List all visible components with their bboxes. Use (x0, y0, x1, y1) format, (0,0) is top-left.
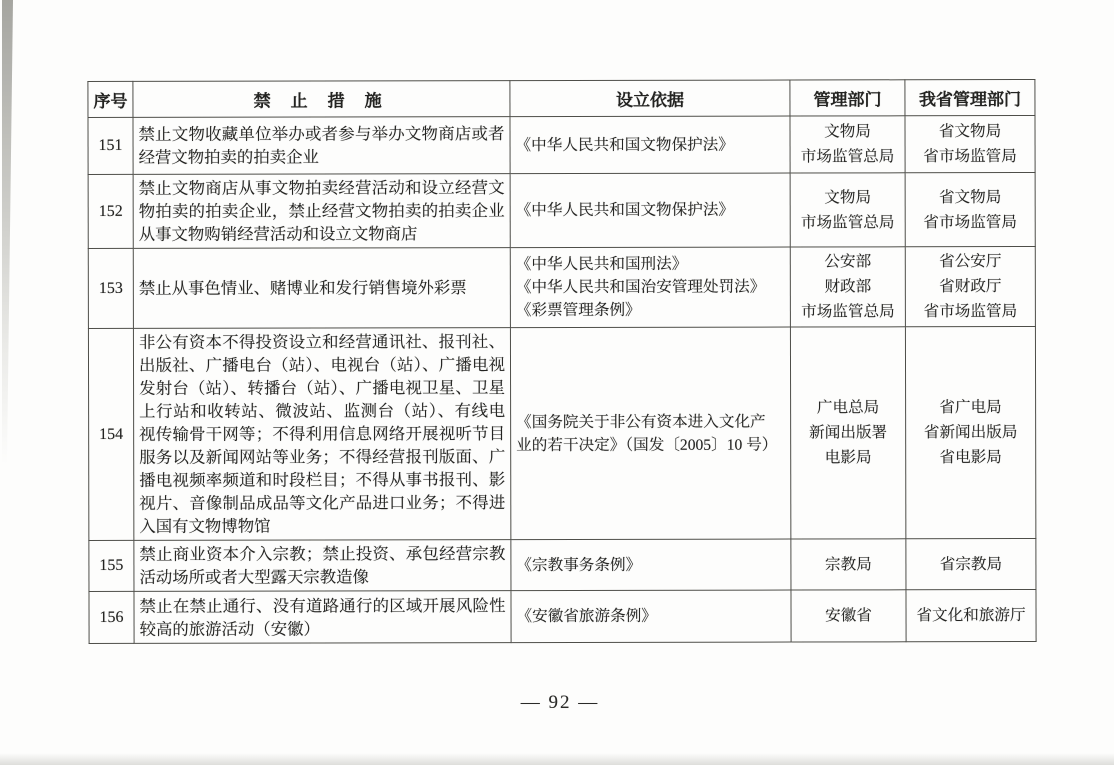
scan-bottom-shadow (0, 753, 1114, 765)
measure-cell: 禁止商业资本介入宗教；禁止投资、承包经营宗教活动场所或者大型露天宗教造像 (134, 540, 511, 592)
measure-cell: 禁止文物商店从事文物拍卖经营活动和设立经营文物拍卖的拍卖企业，禁止经营文物拍卖的… (133, 174, 510, 249)
header-cell-management-department: 管理部门 (790, 80, 905, 116)
table-row: 156禁止在禁止通行、没有道路通行的区域开展风险性较高的旅游活动（安徽）《安徽省… (89, 590, 1036, 644)
dept-cell: 宗教局 (791, 539, 906, 590)
province-dept-cell: 省广电局 省新闻出版局 省电影局 (905, 327, 1035, 539)
scan-edge-artifact (2, 0, 13, 465)
row-number-cell: 156 (89, 591, 134, 643)
table-row: 151禁止文物收藏单位举办或者参与举办文物商店或者经营文物拍卖的拍卖企业《中华人… (88, 116, 1035, 175)
basis-cell: 《国务院关于非公有资本进入文化产 业的若干决定》（国发〔2005〕10 号） (510, 327, 790, 540)
table-row: 153禁止从事色情业、赌博业和发行销售境外彩票《中华人民共和国刑法》 《中华人民… (88, 247, 1035, 329)
row-number-cell: 152 (88, 174, 133, 248)
table-body: 151禁止文物收藏单位举办或者参与举办文物商店或者经营文物拍卖的拍卖企业《中华人… (88, 116, 1036, 644)
measure-cell: 禁止在禁止通行、没有道路通行的区域开展风险性较高的旅游活动（安徽） (134, 591, 511, 644)
table-row: 152禁止文物商店从事文物拍卖经营活动和设立经营文物拍卖的拍卖企业，禁止经营文物… (88, 173, 1035, 249)
province-dept-cell: 省文物局 省市场监管局 (905, 173, 1035, 247)
measure-cell: 禁止文物收藏单位举办或者参与举办文物商店或者经营文物拍卖的拍卖企业 (133, 117, 510, 175)
basis-cell: 《中华人民共和国文物保护法》 (510, 116, 790, 174)
header-cell-province-management-department: 我省管理部门 (905, 80, 1035, 116)
province-dept-cell: 省公安厅 省财政厅 省市场监管局 (905, 247, 1035, 327)
row-number-cell: 155 (89, 540, 134, 591)
header-cell-serial-number: 序号 (88, 81, 133, 117)
row-number-cell: 153 (88, 248, 133, 328)
province-dept-cell: 省文化和旅游厅 (906, 590, 1036, 642)
measure-cell: 禁止从事色情业、赌博业和发行销售境外彩票 (133, 248, 510, 329)
basis-cell: 《安徽省旅游条例》 (511, 590, 791, 643)
header-cell-establishment-basis: 设立依据 (510, 80, 790, 117)
table-row: 154非公有资本不得投资设立和经营通讯社、报刊社、出版社、广播电台（站）、电视台… (88, 327, 1035, 541)
dept-cell: 文物局 市场监管总局 (790, 173, 905, 247)
basis-cell: 《中华人民共和国刑法》 《中华人民共和国治安管理处罚法》 《彩票管理条例》 (510, 247, 790, 328)
basis-cell: 《宗教事务条例》 (511, 539, 791, 591)
header-cell-prohibited-measure: 禁 止 措 施 (133, 81, 510, 118)
province-dept-cell: 省宗教局 (906, 539, 1036, 590)
page-number: — 92 — (0, 692, 1114, 714)
dept-cell: 公安部 财政部 市场监管总局 (790, 247, 905, 327)
table-header-row: 序号 禁 止 措 施 设立依据 管理部门 我省管理部门 (88, 80, 1035, 118)
province-dept-cell: 省文物局 省市场监管局 (905, 116, 1035, 173)
dept-cell: 广电总局 新闻出版署 电影局 (790, 327, 905, 539)
row-number-cell: 151 (88, 117, 133, 174)
row-number-cell: 154 (88, 328, 133, 540)
basis-cell: 《中华人民共和国文物保护法》 (510, 173, 790, 248)
dept-cell: 安徽省 (791, 590, 906, 642)
prohibited-measures-table: 序号 禁 止 措 施 设立依据 管理部门 我省管理部门 151禁止文物收藏单位举… (87, 79, 1036, 644)
measure-cell: 非公有资本不得投资设立和经营通讯社、报刊社、出版社、广播电台（站）、电视台（站）… (133, 328, 510, 541)
table-row: 155禁止商业资本介入宗教；禁止投资、承包经营宗教活动场所或者大型露天宗教造像《… (89, 539, 1036, 592)
dept-cell: 文物局 市场监管总局 (790, 116, 905, 173)
